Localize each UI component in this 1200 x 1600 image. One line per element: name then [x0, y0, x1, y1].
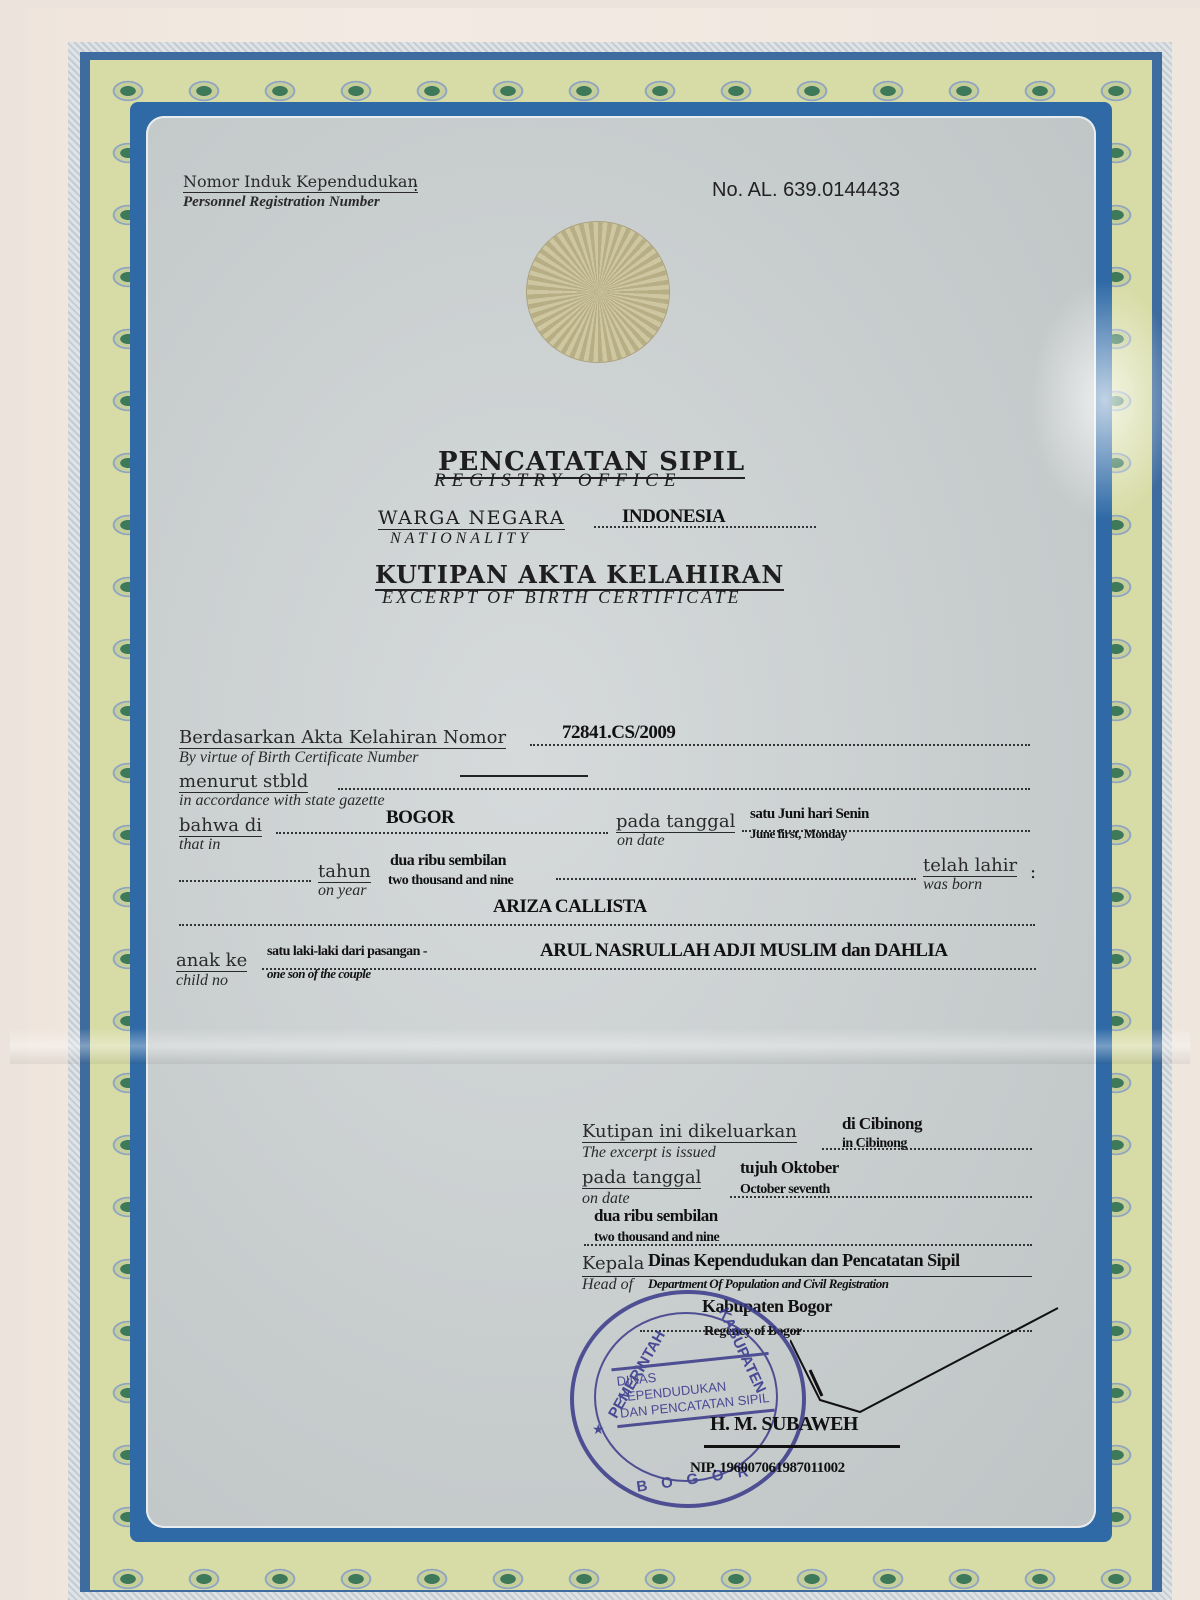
place-label: bahwa di	[179, 816, 262, 837]
place-label-en: that in	[179, 836, 220, 854]
signature-mark	[790, 1300, 1060, 1420]
nationality-value: INDONESIA	[622, 506, 725, 528]
born-label: telah lahir	[923, 856, 1017, 877]
place-value: BOGOR	[386, 807, 454, 829]
born-label-en: was born	[923, 876, 982, 894]
issued-label-en: The excerpt is issued	[582, 1144, 716, 1162]
year-lead-dotline	[179, 880, 311, 882]
child-name: ARIZA CALLISTA	[493, 896, 647, 918]
child-no-value: satu laki-laki dari pasangan -	[267, 944, 427, 960]
cert-number-label-en: By virtue of Birth Certificate Number	[179, 749, 419, 767]
head-label-en: Head of	[582, 1276, 633, 1294]
plastic-glare	[1030, 280, 1180, 520]
place-dotline	[276, 832, 608, 834]
issue-year-value: dua ribu sembilan	[594, 1206, 718, 1226]
stbld-dotline	[338, 788, 1030, 790]
child-no-label: anak ke	[176, 951, 247, 972]
year-label-en: on year	[318, 882, 366, 900]
cert-number-dotline	[530, 744, 1030, 746]
date-value-en: June first, Monday	[750, 826, 847, 842]
parents-dotline	[262, 968, 1036, 970]
year-value-en: two thousand and nine	[388, 873, 513, 889]
issued-place: di Cibinong	[842, 1114, 922, 1134]
issue-date-dotline	[730, 1196, 1032, 1198]
child-name-dotline	[179, 924, 1035, 926]
head-label: Kepala	[582, 1254, 644, 1274]
nik-label-en: Personnel Registration Number	[183, 194, 380, 211]
issue-date-label: pada tanggal	[582, 1168, 701, 1189]
issued-label: Kutipan ini dikeluarkan	[582, 1122, 797, 1143]
official-name: H. M. SUBAWEH	[710, 1413, 858, 1436]
serial-number: No. AL. 639.0144433	[712, 179, 900, 202]
born-colon: :	[1030, 862, 1036, 883]
year-label: tahun	[318, 862, 371, 883]
office-title-en: REGISTRY OFFICE	[434, 470, 681, 492]
official-nip: NIP. 196007061987011002	[690, 1460, 845, 1477]
nik-label: Nomor Induk Kependudukan	[183, 172, 418, 193]
stbld-label: menurut stbld	[179, 772, 308, 793]
date-label: pada tanggal	[616, 812, 735, 833]
nik-colon: :	[413, 176, 418, 195]
child-no-label-en: child no	[176, 972, 228, 990]
nationality-label-en: NATIONALITY	[390, 530, 532, 548]
date-label-en: on date	[617, 832, 665, 850]
nationality-label: WARGA NEGARA	[378, 507, 565, 530]
department-name: Dinas Kependudukan dan Pencatatan Sipil	[648, 1250, 960, 1271]
issue-date-value: tujuh Oktober	[740, 1158, 839, 1178]
paper-fold-crease	[10, 1028, 1190, 1064]
year-value: dua ribu sembilan	[390, 852, 506, 870]
issue-year-dotline	[584, 1244, 1032, 1246]
document-title-en: EXCERPT OF BIRTH CERTIFICATE	[382, 587, 741, 608]
date-value: satu Juni hari Senin	[750, 806, 869, 823]
stamp-star-icon: ★	[592, 1422, 605, 1438]
signature-line	[704, 1445, 900, 1448]
stbld-blank-line	[460, 775, 588, 777]
cert-number-label: Berdasarkan Akta Kelahiran Nomor	[179, 728, 506, 749]
stbld-label-en: in accordance with state gazette	[179, 792, 385, 810]
parents-names: ARUL NASRULLAH ADJI MUSLIM dan DAHLIA	[540, 940, 948, 962]
cert-number-value: 72841.CS/2009	[562, 722, 675, 744]
hologram-seal-icon	[527, 222, 669, 362]
issued-dotline	[822, 1148, 1032, 1150]
year-dotline	[556, 878, 916, 880]
